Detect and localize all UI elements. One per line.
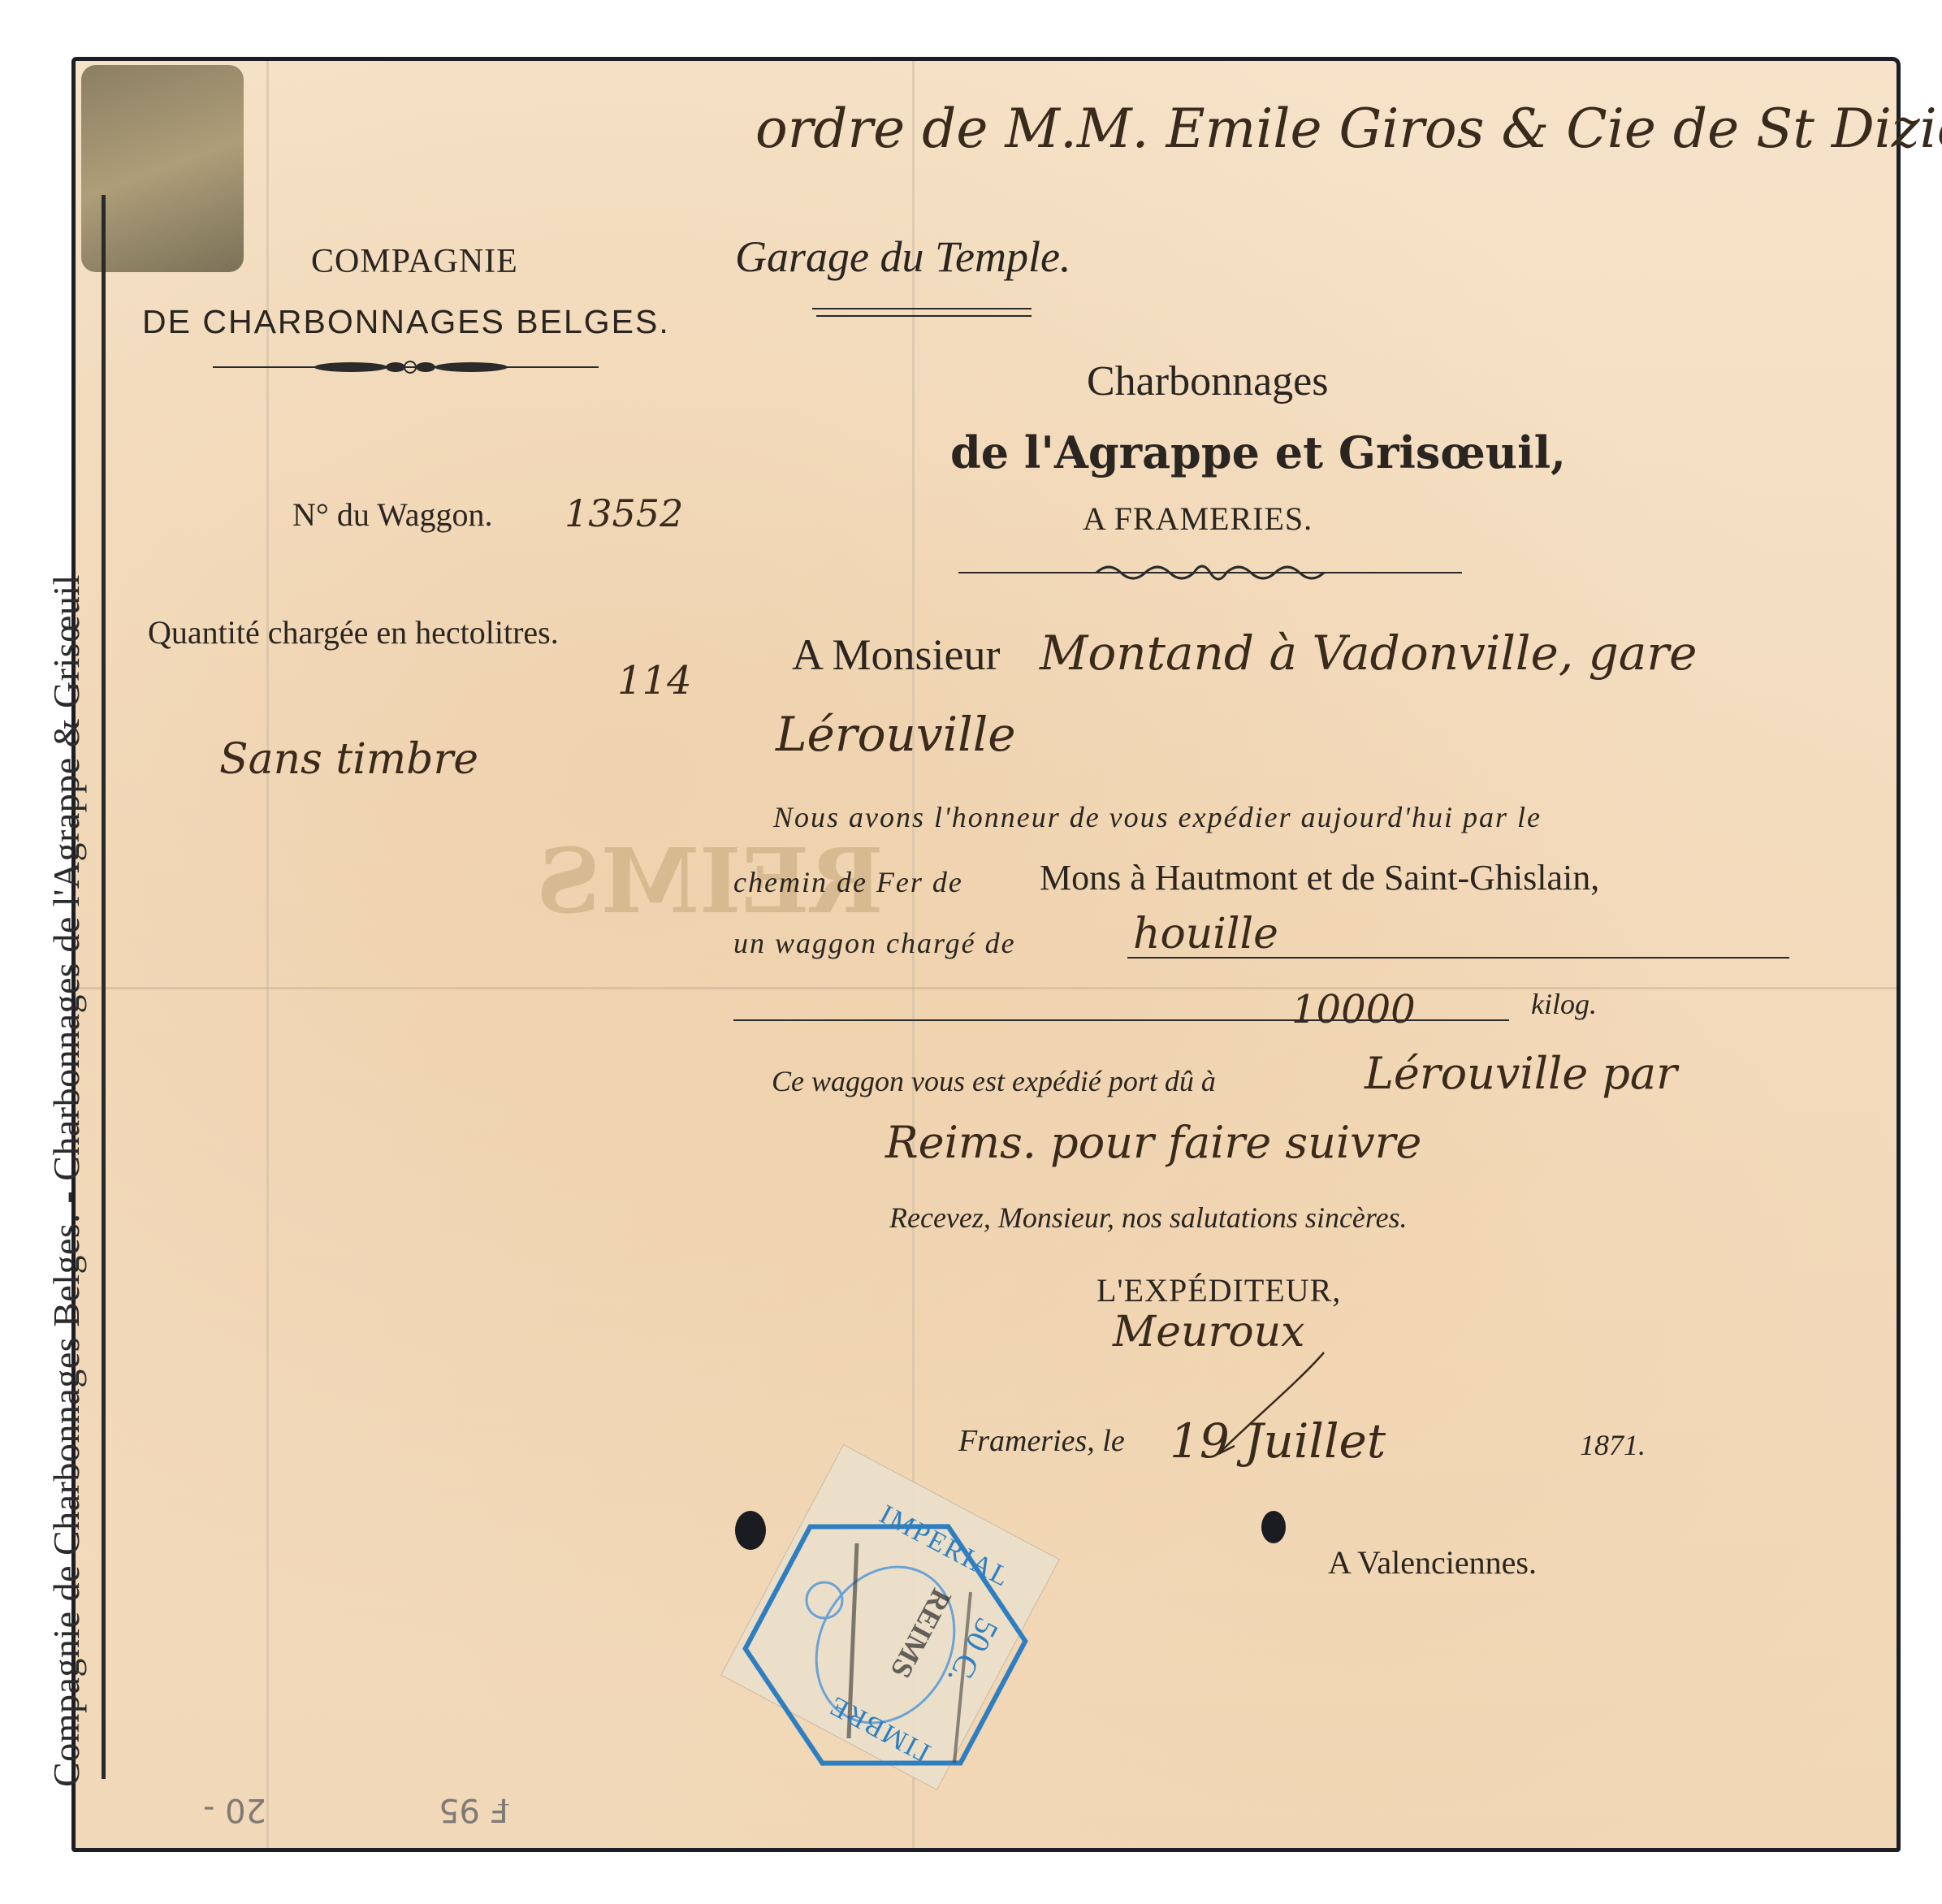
right-header-line2: de l'Agrappe et Grisœuil, xyxy=(950,426,1566,478)
recipient-name-line1: Montand à Vadonville, gare xyxy=(1040,625,1697,681)
body-line2-italic: chemin de Fer de xyxy=(733,865,963,899)
revenue-stamp: IMPERIAL TIMBRE 50 C. REIMS xyxy=(735,1470,1036,1787)
margin-vertical-text: Compagnie de Charbonnages Belges. - Char… xyxy=(45,574,88,1787)
header-ornament-icon xyxy=(213,357,599,377)
recipient-prefix: A Monsieur xyxy=(792,630,1001,680)
date-year: 1871. xyxy=(1580,1428,1646,1462)
right-header-line3: A FRAMERIES. xyxy=(1083,500,1313,538)
handwritten-top-note: ordre de M.M. Emile Giros & Cie de St Di… xyxy=(755,97,1942,160)
right-header-line1: Charbonnages xyxy=(1087,357,1328,405)
station-label: Garage du Temple. xyxy=(735,232,1071,282)
cargo-underline xyxy=(1127,957,1789,958)
station-underline xyxy=(812,308,1032,309)
salutation: Recevez, Monsieur, nos salutations sincè… xyxy=(889,1201,1408,1235)
ink-blot xyxy=(1261,1511,1286,1543)
fold-line-horizontal xyxy=(76,987,1897,989)
margin-rule xyxy=(102,195,106,1779)
left-header-line2: DE CHARBONNAGES BELGES. xyxy=(142,303,670,341)
weight-unit: kilog. xyxy=(1531,987,1597,1021)
body-line3-label: un waggon chargé de xyxy=(733,926,1016,960)
quantity-label: Quantité chargée en hectolitres. xyxy=(148,613,559,651)
left-header-line1: COMPAGNIE xyxy=(311,242,518,281)
pencil-note: ₣ 95 xyxy=(439,1791,511,1828)
stamp-note: Sans timbre xyxy=(219,735,478,784)
weight-value: 10000 xyxy=(1291,987,1416,1032)
date-place-prefix: Frameries, le xyxy=(958,1423,1125,1459)
body-line2-roman: Mons à Hautmont et de Saint-Ghislain, xyxy=(1040,857,1599,898)
port-destination: Lérouville par xyxy=(1365,1048,1677,1099)
pencil-note: 20 - xyxy=(203,1791,266,1828)
recipient-name-line2: Lérouville xyxy=(776,707,1016,762)
destination: A Valenciennes. xyxy=(1328,1543,1537,1582)
weight-underline xyxy=(733,1019,1509,1021)
station-underline xyxy=(816,315,1032,317)
body-line1: Nous avons l'honneur de vous expédier au… xyxy=(773,800,1542,834)
waggon-label: N° du Waggon. xyxy=(292,495,492,534)
adhesive-tape xyxy=(81,65,244,272)
waggon-number: 13552 xyxy=(564,491,683,535)
date-day-month: 19 Juillet xyxy=(1170,1413,1386,1469)
quantity-value: 114 xyxy=(617,658,692,703)
port-line2: Reims. pour faire suivre xyxy=(885,1117,1421,1168)
right-header-ornament-icon xyxy=(958,560,1462,585)
signature-title: L'EXPÉDITEUR, xyxy=(1096,1271,1341,1309)
cargo-value: houille xyxy=(1133,910,1278,958)
port-label: Ce waggon vous est expédié port dû à xyxy=(772,1064,1216,1098)
